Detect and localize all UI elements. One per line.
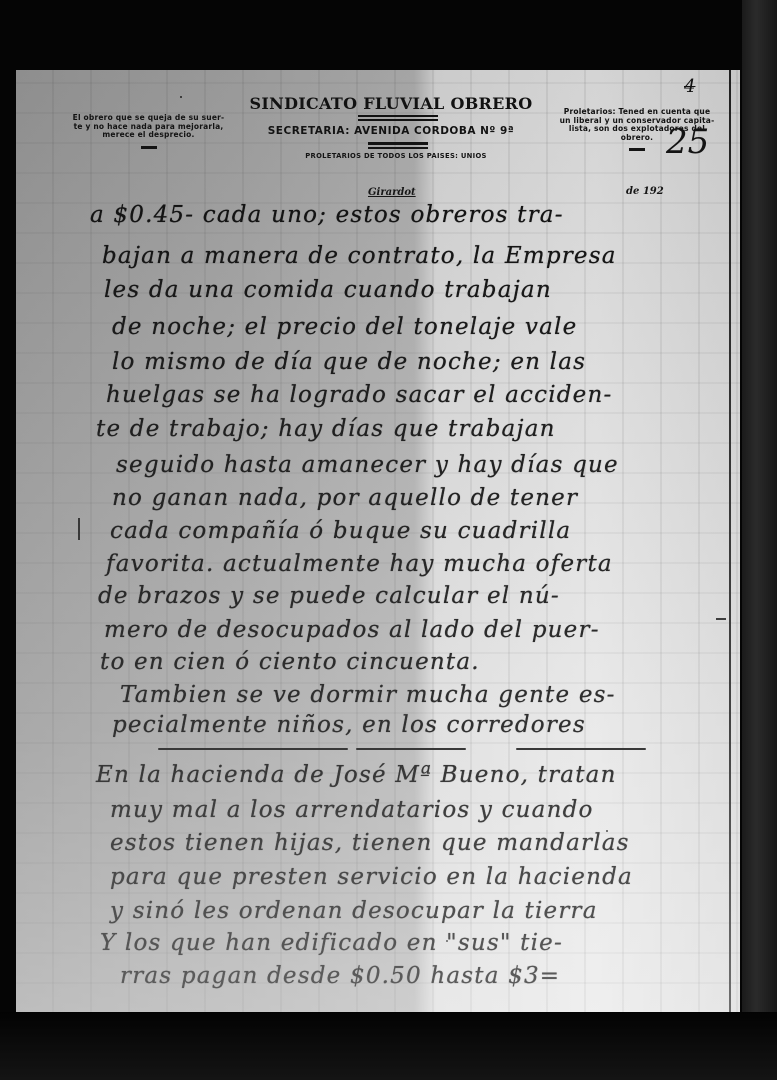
underline	[356, 748, 466, 750]
handwritten-line: bajan a manera de contrato, la Empresa	[102, 243, 617, 269]
scan-bottom-band	[0, 1012, 777, 1080]
handwritten-line: Tambien se ve dormir mucha gente es-	[120, 682, 616, 708]
handwritten-line: mero de desocupados al lado del puer-	[104, 617, 600, 643]
handwritten-line: favorita. actualmente hay mucha oferta	[106, 551, 613, 577]
handwritten-line: de brazos y se puede calcular el nú-	[98, 583, 560, 609]
handwritten-line: cada compañía ó buque su cuadrilla	[110, 518, 571, 544]
letterhead-left-quote: El obrero que se queja de su suer- te y …	[56, 114, 241, 149]
letterhead-divider	[358, 115, 438, 117]
letterhead-divider	[368, 147, 428, 149]
handwritten-line: to en cien ó ciento cincuenta.	[100, 649, 480, 675]
handwritten-line: En la hacienda de José Mª Bueno, tratan	[96, 762, 617, 788]
date-field: de 192	[626, 186, 664, 197]
handwritten-line: lo mismo de día que de noche; en las	[112, 349, 586, 375]
struck-page-number: 4	[684, 76, 695, 97]
place-field: Girardot	[368, 187, 416, 198]
handwritten-line: muy mal a los arrendatarios y cuando	[110, 797, 594, 823]
letterhead-motto: PROLETARIOS DE TODOS LOS PAISES: UNIOS	[246, 152, 546, 160]
page-number: 25	[666, 122, 709, 162]
handwritten-line: rras pagan desde $0.50 hasta $3=	[120, 963, 560, 989]
handwritten-line: a $0.45- cada uno; estos obreros tra-	[90, 202, 564, 228]
letterhead-divider	[358, 119, 438, 121]
scan-edge-strip	[742, 0, 777, 1080]
scan-speck	[606, 830, 608, 832]
margin-mark	[716, 618, 726, 620]
underline	[158, 748, 348, 750]
handwritten-line: seguido hasta amanecer y hay días que	[116, 452, 619, 478]
handwritten-line: y sinó les ordenan desocupar la tierra	[110, 898, 598, 924]
scan-speck	[446, 940, 448, 942]
letterhead-organization: SINDICATO FLUVIAL OBRERO	[226, 94, 556, 113]
handwritten-line: les da una comida cuando trabajan	[104, 277, 552, 303]
divider-dash	[629, 148, 645, 151]
underline	[516, 748, 646, 750]
margin-mark	[78, 518, 80, 540]
handwritten-line: para que presten servicio en la hacienda	[110, 864, 633, 890]
page-margin-rule	[729, 70, 731, 1012]
handwritten-line: pecialmente niños, en los corredores	[112, 712, 586, 738]
scan-speck	[180, 96, 182, 98]
letterhead-divider	[368, 142, 428, 145]
divider-dash	[141, 146, 157, 149]
handwritten-line: Y los que han edificado en "sus" tie-	[100, 930, 563, 956]
letterhead-address: SECRETARIA: AVENIDA CORDOBA Nº 9ª	[226, 125, 556, 137]
handwritten-line: estos tienen hijas, tienen que mandarlas	[110, 830, 630, 856]
letter-page: El obrero que se queja de su suer- te y …	[16, 70, 740, 1012]
handwritten-line: huelgas se ha logrado sacar el acciden-	[106, 382, 612, 408]
handwritten-line: de noche; el precio del tonelaje vale	[112, 314, 577, 340]
left-quote-line: merece el desprecio.	[56, 131, 241, 140]
handwritten-line: te de trabajo; hay días que trabajan	[96, 416, 556, 442]
handwritten-line: no ganan nada, por aquello de tener	[112, 485, 578, 511]
